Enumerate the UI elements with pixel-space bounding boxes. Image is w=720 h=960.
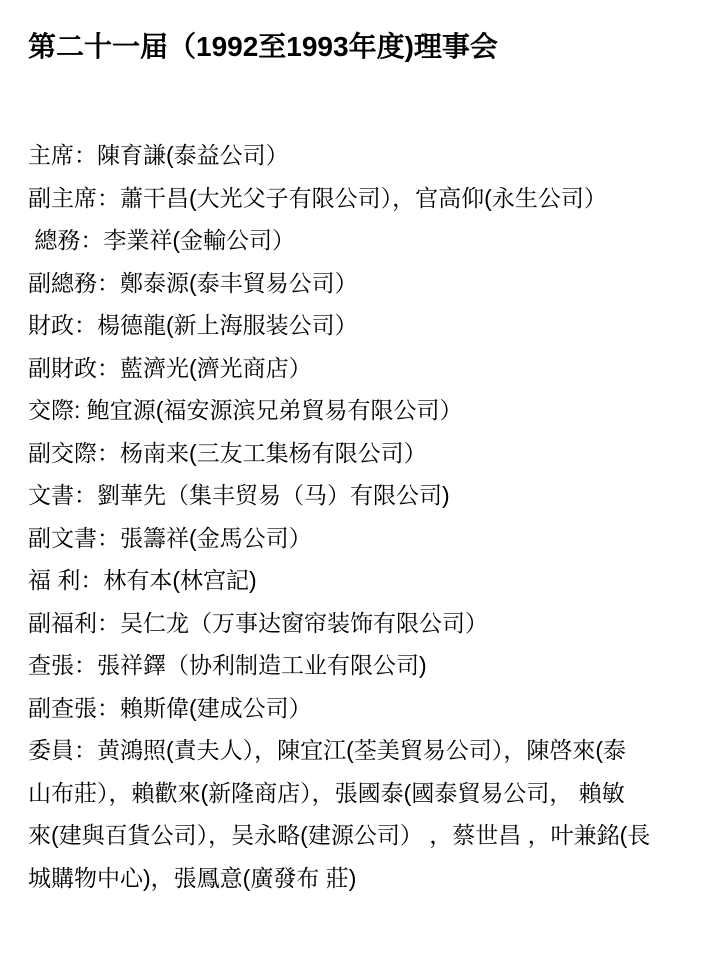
roster-line-deputy-general-affairs: 副總務：鄭泰源(泰丰貿易公司） — [28, 262, 714, 305]
roster-line-chairman: 主席：陳育謙(泰益公司） — [28, 134, 714, 177]
roster-line-finance: 財政：楊德龍(新上海服装公司） — [28, 304, 714, 347]
roster-line-welfare: 福 利：林有本(林宫記) — [28, 559, 714, 602]
page-title: 第二十一届（1992至1993年度)理事会 — [28, 30, 714, 64]
roster-line-general-affairs: 總務：李業祥(金輸公司） — [28, 219, 714, 262]
roster-line-liaison: 交際: 鲍宜源(福安源滨兄弟貿易有限公司） — [28, 389, 714, 432]
roster-line-committee-1: 委員：黄鴻照(責夫人），陳宜江(荃美貿易公司），陳啓來(泰 — [28, 729, 714, 772]
roster-line-deputy-welfare: 副福利：吴仁龙（万事达窗帘装饰有限公司） — [28, 602, 714, 645]
roster-line-secretary: 文書：劉華先（集丰贸易（马）有限公司) — [28, 474, 714, 517]
roster-line-committee-2: 山布莊），賴歡來(新隆商店），張國泰(國泰貿易公司， 賴敏 — [28, 772, 714, 815]
council-roster: 主席：陳育謙(泰益公司） 副主席：蕭干昌(大光父子有限公司），官高仰(永生公司）… — [28, 134, 714, 899]
roster-line-committee-3: 來(建與百貨公司），吴永略(建源公司） ，蔡世昌 ，叶兼銘(長 — [28, 814, 714, 857]
roster-line-auditor: 查張：張祥鐸（协利制造工业有限公司) — [28, 644, 714, 687]
roster-line-deputy-auditor: 副查張：賴斯偉(建成公司） — [28, 687, 714, 730]
roster-line-committee-4: 城購物中心)，張鳳意(廣發布 莊) — [28, 857, 714, 900]
roster-line-deputy-finance: 副財政：藍濟光(濟光商店） — [28, 347, 714, 390]
roster-line-deputy-secretary: 副文書：張籌祥(金馬公司） — [28, 517, 714, 560]
roster-line-deputy-liaison: 副交際：杨南来(三友工集杨有限公司） — [28, 432, 714, 475]
roster-line-vice-chairman: 副主席：蕭干昌(大光父子有限公司），官高仰(永生公司） — [28, 177, 714, 220]
document-page: 第二十一届（1992至1993年度)理事会 主席：陳育謙(泰益公司） 副主席：蕭… — [0, 0, 720, 899]
